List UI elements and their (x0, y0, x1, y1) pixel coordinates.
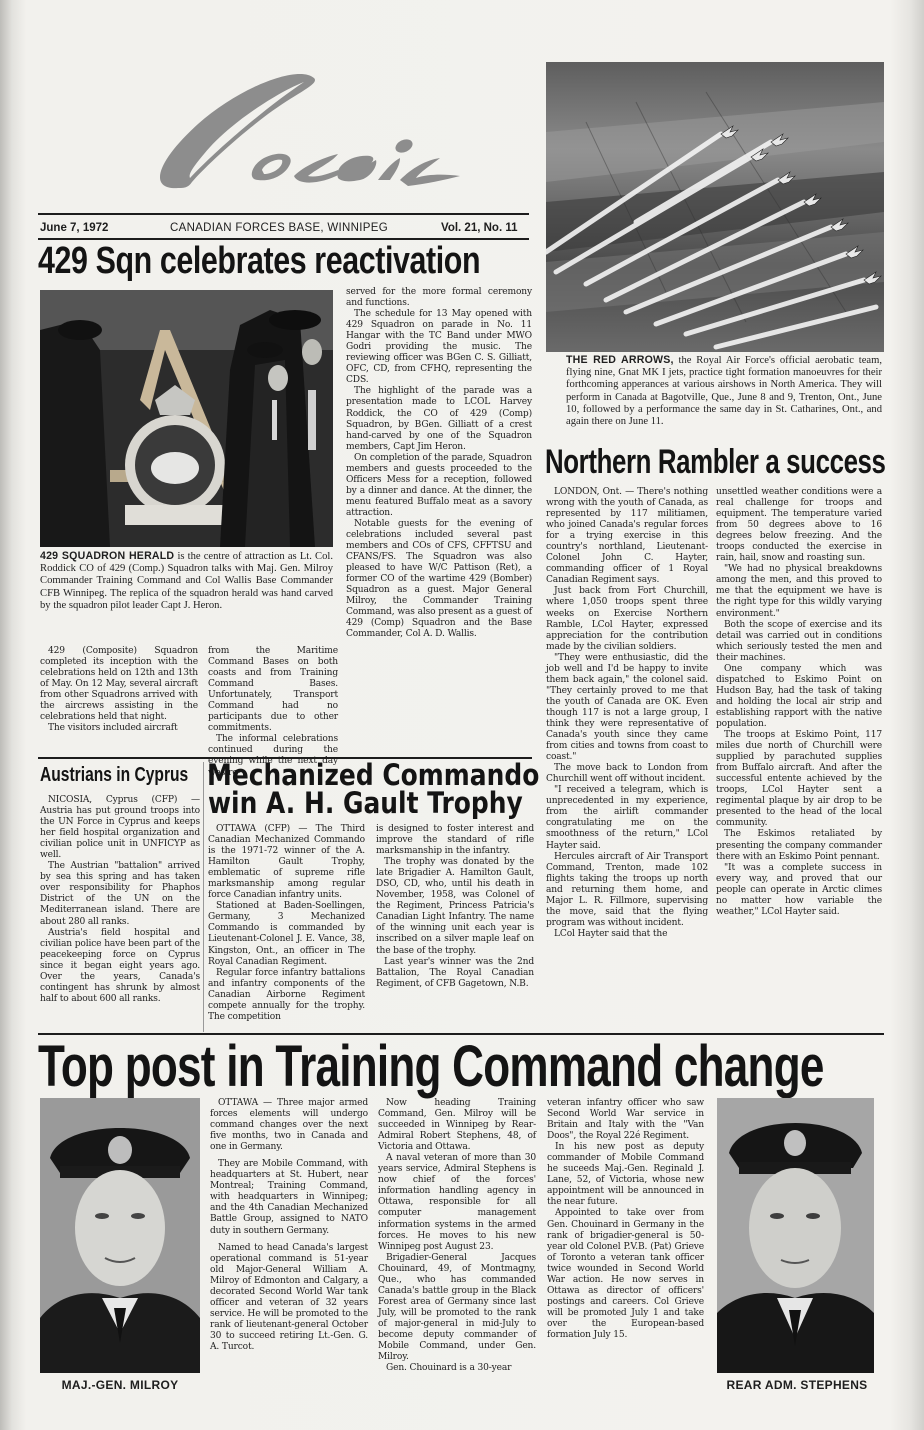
paragraph: The highlight of the parade was a presen… (346, 386, 532, 452)
paragraph: "It was a complete success in every way,… (716, 863, 882, 918)
headline-training-command: Top post in Training Command change (38, 1033, 824, 1100)
paragraph: The Austrian "battalion" arrived by sea … (40, 861, 200, 927)
photo-429-squadron-herald (40, 290, 333, 547)
paragraph: One company which was dispatched to Eski… (716, 664, 882, 730)
paragraph: Regular force infantry battalions and in… (208, 968, 365, 1023)
caption-red-arrows: THE RED ARROWS, the Royal Air Force's of… (566, 354, 882, 428)
paragraph: NICOSIA, Cyprus (CFP) — Austria has put … (40, 795, 200, 861)
training-command-column-1: OTTAWA — Three major armed forces elemen… (210, 1098, 368, 1353)
paragraph: OTTAWA — Three major armed forces elemen… (210, 1098, 368, 1153)
article-429-column-1: 429 (Composite) Squadron completed its i… (40, 646, 198, 734)
paragraph: On completion of the parade, Squadron me… (346, 453, 532, 519)
training-command-column-2: Now heading Training Command, Gen. Milro… (378, 1098, 536, 1374)
paragraph: The Eskimos retaliated by presenting the… (716, 829, 882, 862)
paragraph: Austria's field hospital and civilian po… (40, 928, 200, 1005)
paragraph: The move back to London from Churchill w… (546, 763, 708, 785)
paragraph: Appointed to take over from Gen. Chouina… (547, 1208, 704, 1341)
photo-maj-gen-milroy (40, 1098, 200, 1373)
caption-maj-gen-milroy: MAJ.-GEN. MILROY (40, 1378, 200, 1392)
caption-429-squadron-herald: 429 SQUADRON HERALD is the centre of att… (40, 550, 333, 612)
paragraph: The trophy was donated by the late Briga… (376, 857, 534, 956)
caption-lead: 429 SQUADRON HERALD (40, 550, 174, 562)
masthead-logo (108, 62, 468, 202)
voxair-script-logo-icon (108, 62, 468, 202)
paragraph: veteran infantry officer who saw Second … (547, 1098, 704, 1142)
paragraph: "We had no physical breakdowns among the… (716, 564, 882, 619)
paragraph: OTTAWA (CFP) — The Third Canadian Mechan… (208, 824, 365, 901)
paragraph: The visitors included aircraft (40, 723, 198, 734)
paragraph: The troops at Eskimo Point, 117 miles du… (716, 730, 882, 829)
headline-austrians-in-cyprus: Austrians in Cyprus (40, 764, 188, 787)
headline-northern-rambler: Northern Rambler a success (545, 443, 886, 482)
training-command-column-3: veteran infantry officer who saw Second … (547, 1098, 704, 1341)
gault-trophy-column-1: OTTAWA (CFP) — The Third Canadian Mechan… (208, 824, 365, 1023)
caption-rear-adm-stephens: REAR ADM. STEPHENS (717, 1378, 877, 1392)
paragraph: Now heading Training Command, Gen. Milro… (378, 1098, 536, 1153)
volume-number: Vol. 21, No. 11 (441, 222, 518, 234)
publication-location: CANADIAN FORCES BASE, WINNIPEG (170, 222, 388, 234)
paragraph: Hercules aircraft of Air Transport Comma… (546, 852, 708, 929)
paragraph: LCol Hayter said that the (546, 929, 708, 940)
paragraph: "I received a telegram, which is unprece… (546, 785, 708, 851)
paragraph: Notable guests for the evening of celebr… (346, 519, 532, 641)
paragraph: A naval veteran of more than 30 years se… (378, 1153, 536, 1252)
paragraph: In his new post as deputy commander of M… (547, 1142, 704, 1208)
caption-lead: THE RED ARROWS, (566, 354, 674, 366)
paragraph: Brigadier-General Jacques Chouinard, 49,… (378, 1253, 536, 1363)
article-429-column-3: served for the more formal ceremony and … (346, 287, 532, 641)
paragraph: Named to head Canada's largest operation… (210, 1243, 368, 1353)
issue-date: June 7, 1972 (40, 222, 108, 234)
photo-rear-adm-stephens (717, 1098, 874, 1373)
column-divider (203, 762, 204, 1032)
photo-red-arrows (546, 62, 884, 352)
paragraph: 429 (Composite) Squadron completed its i… (40, 646, 198, 723)
paragraph: is designed to foster interest and impro… (376, 824, 534, 857)
gault-trophy-column-2: is designed to foster interest and impro… (376, 824, 534, 990)
paragraph: served for the more formal ceremony and … (346, 287, 532, 309)
headline-429-sqn: 429 Sqn celebrates reactivation (38, 240, 480, 283)
headline-mechanized-commando-line2: win A. H. Gault Trophy (208, 786, 523, 820)
northern-rambler-column-2: unsettled weather conditions were a real… (716, 487, 882, 918)
paragraph: unsettled weather conditions were a real… (716, 487, 882, 564)
paragraph: Both the scope of exercise and its detai… (716, 620, 882, 664)
masthead-top-rule (38, 213, 529, 215)
austrians-body: NICOSIA, Cyprus (CFP) — Austria has put … (40, 795, 200, 1005)
paragraph: Just back from Fort Churchill, where 1,0… (546, 586, 708, 652)
northern-rambler-column-1: LONDON, Ont. — There's nothing wrong wit… (546, 487, 708, 940)
paragraph: from the Maritime Command Bases on both … (208, 646, 338, 734)
paragraph: Last year's winner was the 2nd Battalion… (376, 957, 534, 990)
paragraph: Stationed at Baden-Soellingen, Germany, … (208, 901, 365, 967)
paragraph: LONDON, Ont. — There's nothing wrong wit… (546, 487, 708, 586)
paragraph: "They were enthusiastic, did the job wel… (546, 653, 708, 763)
paragraph: The schedule for 13 May opened with 429 … (346, 309, 532, 386)
paragraph: They are Mobile Command, with headquarte… (210, 1159, 368, 1236)
paragraph: Gen. Chouinard is a 30-year (378, 1363, 536, 1374)
